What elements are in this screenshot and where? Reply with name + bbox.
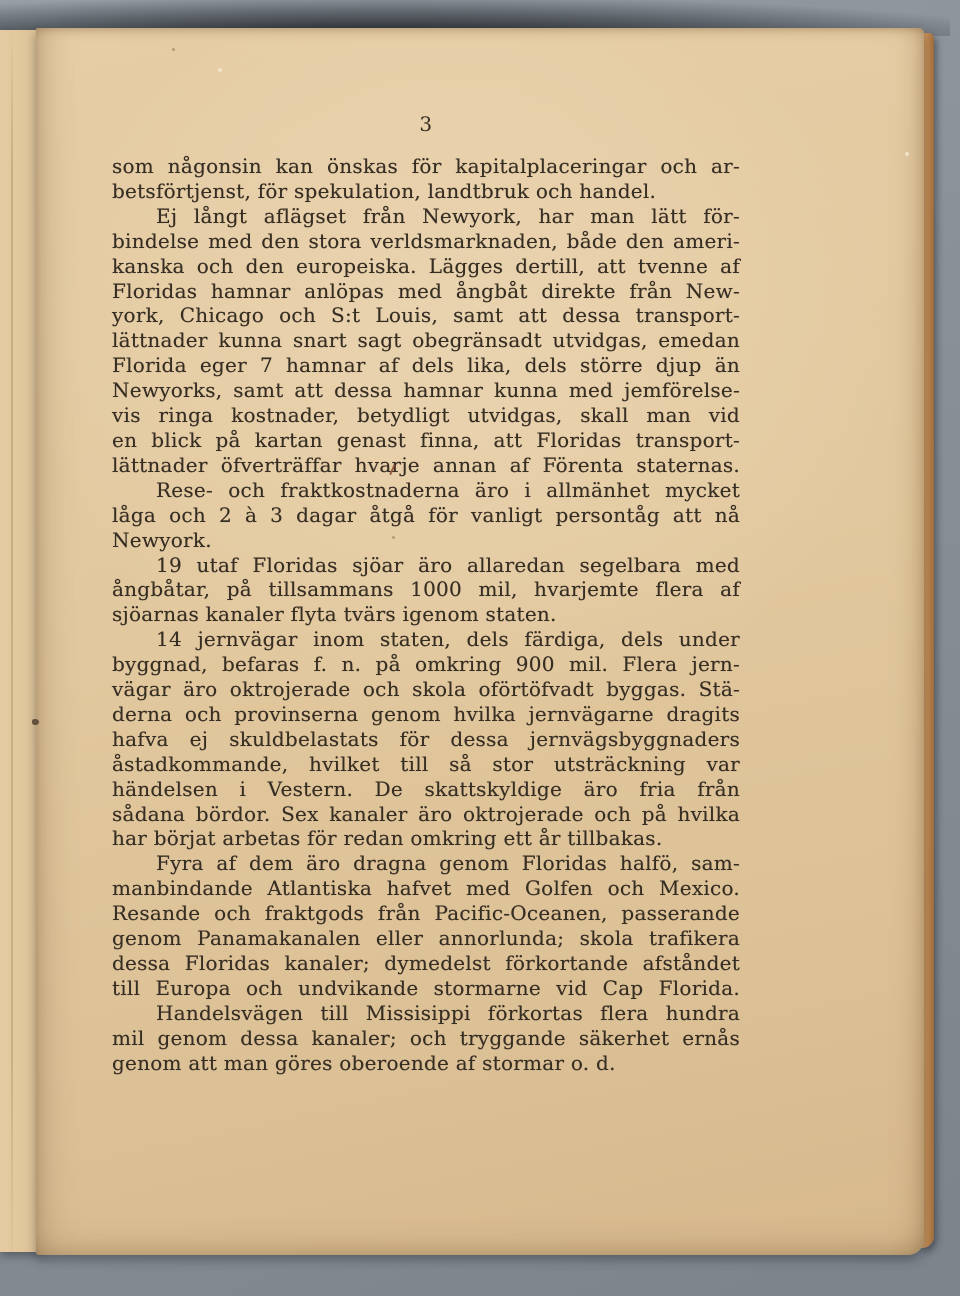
paragraph: Rese- och fraktkostnaderna äro i allmänh… <box>112 478 740 553</box>
paragraph: Ej långt aflägset från Newyork, har man … <box>112 204 740 478</box>
text-line: en blick på kartan genast finna, att Flo… <box>112 428 740 453</box>
text-line: genom Panamakanalen eller annorlunda; sk… <box>112 926 740 951</box>
text-line: kanska och den europeiska. Lägges dertil… <box>112 254 740 279</box>
dust-speck <box>172 48 175 51</box>
dust-speck <box>392 536 395 539</box>
text-line: vis ringa kostnader, betydligt utvidgas,… <box>112 403 740 428</box>
paragraph: Fyra af dem äro dragna genom Floridas ha… <box>112 851 740 1000</box>
page-surface: 3 som någonsin kan önskas för kapitalpla… <box>36 28 924 1255</box>
text-line: genom att man göres oberoende af stormar… <box>112 1051 740 1076</box>
text-line: vägar äro oktrojerade och skola oförtöfv… <box>112 677 740 702</box>
paragraph: som någonsin kan önskas för kapitalplace… <box>112 154 740 204</box>
text-line: händelsen i Vestern. De skattskyldige är… <box>112 777 740 802</box>
text-line: betsförtjenst, för spekulation, landtbru… <box>112 179 740 204</box>
text-line: låga och 2 à 3 dagar åtgå för vanligt pe… <box>112 503 740 528</box>
text-line: 19 utaf Floridas sjöar äro allaredan seg… <box>112 553 740 578</box>
text-block: som någonsin kan önskas för kapitalplace… <box>112 154 740 1076</box>
text-line: lättnader kunna snart sagt obegränsadt u… <box>112 328 740 353</box>
text-line: hafva ej skuldbelastats för dessa jernvä… <box>112 727 740 752</box>
text-line: derna och provinserna genom hvilka jernv… <box>112 702 740 727</box>
text-line: mil genom dessa kanaler; och tryggande s… <box>112 1026 740 1051</box>
paragraph: 19 utaf Floridas sjöar äro allaredan seg… <box>112 553 740 628</box>
text-line: ångbåtar, på tillsammans 1000 mil, hvarj… <box>112 577 740 602</box>
text-line: bindelse med den stora verldsmarknaden, … <box>112 229 740 254</box>
text-line: Fyra af dem äro dragna genom Floridas ha… <box>112 851 740 876</box>
ink-speck <box>32 719 39 725</box>
text-line: Floridas hamnar anlöpas med ångbåt direk… <box>112 279 740 304</box>
scanned-book-photo: 3 som någonsin kan önskas för kapitalpla… <box>0 0 960 1296</box>
text-line: 14 jernvägar inom staten, dels färdiga, … <box>112 627 740 652</box>
paragraph: 14 jernvägar inom staten, dels färdiga, … <box>112 627 740 851</box>
text-line: dessa Floridas kanaler; dymedelst förkor… <box>112 951 740 976</box>
text-line: manbindande Atlantiska hafvet med Golfen… <box>112 876 740 901</box>
text-line: Newyork. <box>112 528 740 553</box>
text-line: Ej långt aflägset från Newyork, har man … <box>112 204 740 229</box>
text-line: Handelsvägen till Missisippi förkortas f… <box>112 1001 740 1026</box>
text-line: Rese- och fraktkostnaderna äro i allmänh… <box>112 478 740 503</box>
paper-speck <box>905 152 909 156</box>
text-line: Resande och fraktgods från Pacific-Ocean… <box>112 901 740 926</box>
paper-speck <box>218 68 222 72</box>
text-line: Florida eger 7 hamnar af dels lika, dels… <box>112 353 740 378</box>
text-line: york, Chicago och S:t Louis, samt att de… <box>112 303 740 328</box>
page-number: 3 <box>112 112 740 136</box>
text-line: byggnad, befaras f. n. på omkring 900 mi… <box>112 652 740 677</box>
text-line: till Europa och undvikande stormarne vid… <box>112 976 740 1001</box>
text-line: som någonsin kan önskas för kapitalplace… <box>112 154 740 179</box>
text-line: Newyorks, samt att dessa hamnar kunna me… <box>112 378 740 403</box>
text-line: lättnader öfverträffar hvarje annan af F… <box>112 453 740 478</box>
text-line: åstadkommande, hvilket till så stor utst… <box>112 752 740 777</box>
text-line: sjöarnas kanaler flyta tvärs igenom stat… <box>112 602 740 627</box>
paragraph: Handelsvägen till Missisippi förkortas f… <box>112 1001 740 1076</box>
book-page: 3 som någonsin kan önskas för kapitalpla… <box>0 28 934 1255</box>
text-line: har börjat arbetas för redan omkring ett… <box>112 826 740 851</box>
text-line: sådana bördor. Sex kanaler äro oktrojera… <box>112 802 740 827</box>
